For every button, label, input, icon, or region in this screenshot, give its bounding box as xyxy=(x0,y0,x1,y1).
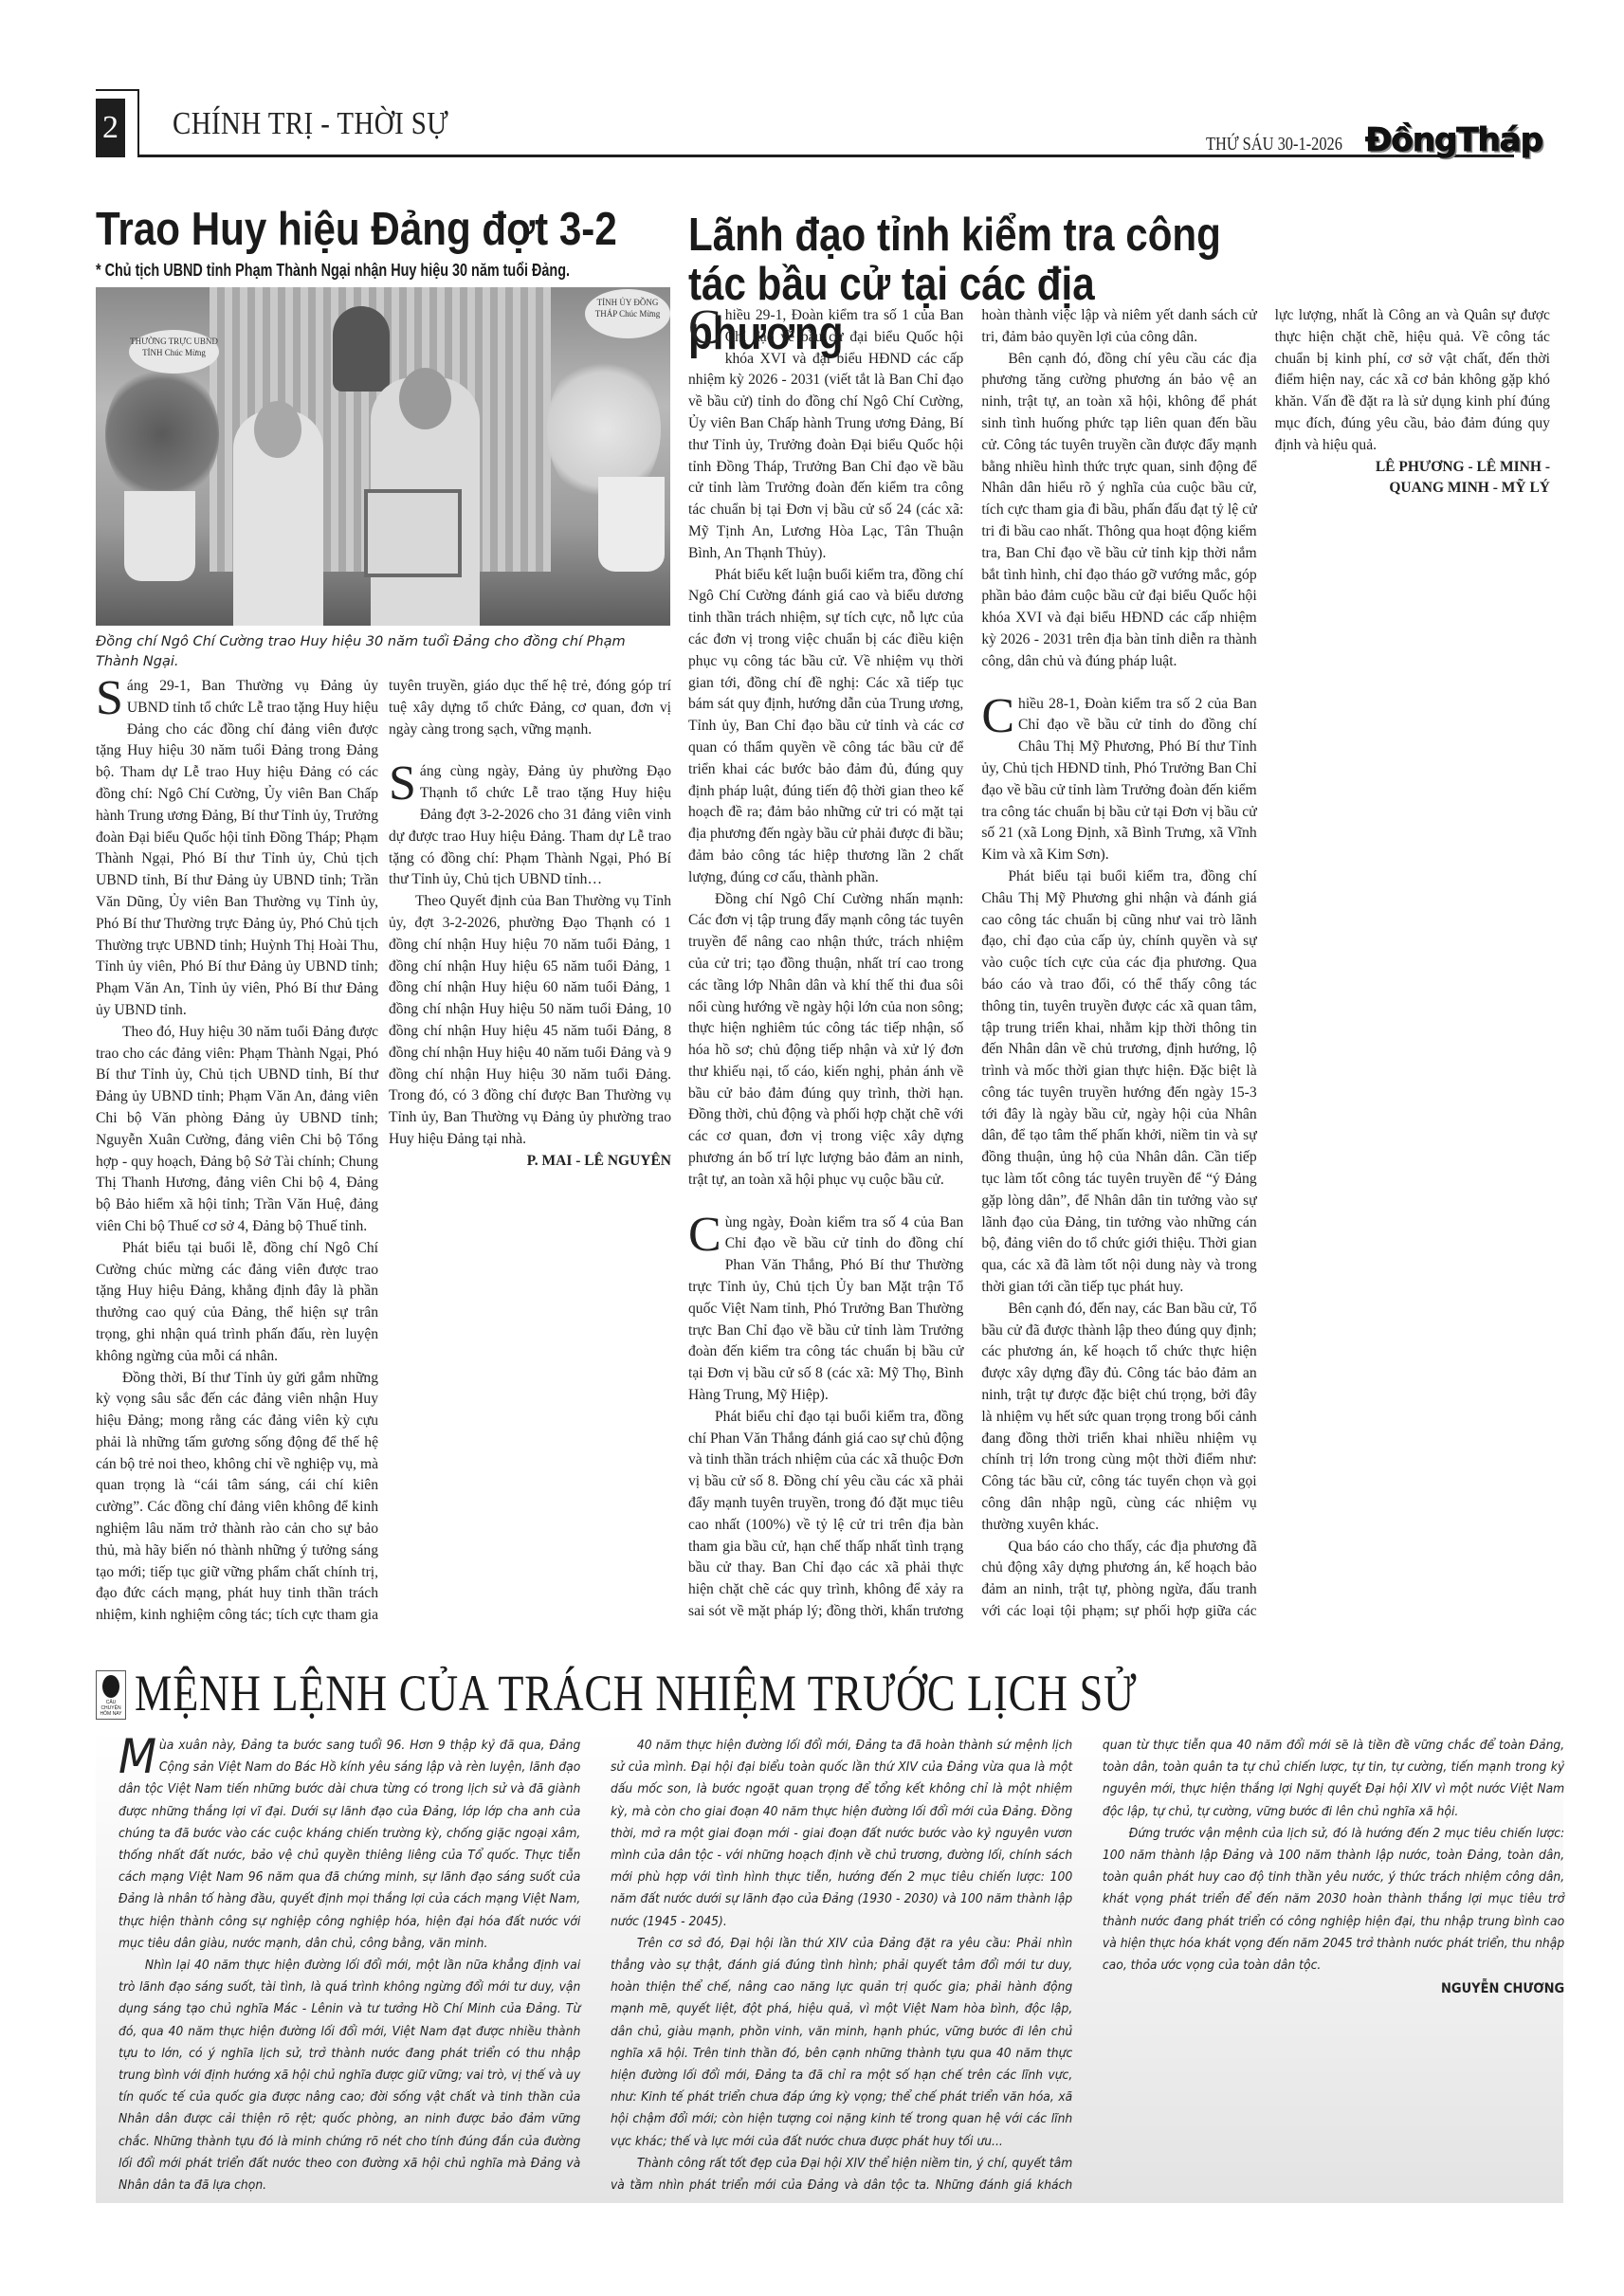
article1-subhead: * Chủ tịch UBND tỉnh Phạm Thành Ngại nhậ… xyxy=(96,261,570,281)
editorial-paragraph: Mùa xuân này, Đảng ta bước sang tuổi 96.… xyxy=(119,1735,580,1955)
editorial-paragraph: 40 năm thực hiện đường lối đổi mới, Đảng… xyxy=(611,1735,1072,1933)
photo-sign-left: THƯỜNG TRỰC UBND TỈNH Chúc Mừng xyxy=(129,330,219,374)
article2-paragraph: Phát biểu tại buổi kiểm tra, đồng chí Ch… xyxy=(981,866,1256,1299)
dropcap: M xyxy=(119,1737,156,1777)
dropcap: S xyxy=(389,763,416,805)
article2-paragraph: Bên cạnh đó, đến nay, các Ban bầu cử, Tổ… xyxy=(981,1299,1256,1537)
article1-byline: P. MAI - LÊ NGUYÊN xyxy=(389,1151,671,1172)
page-number: 2 xyxy=(96,99,125,157)
dropcap: C xyxy=(688,307,721,349)
photo-person-left xyxy=(233,410,323,626)
article1-paragraph: Theo Quyết định của Ban Thường vụ Tỉnh ủ… xyxy=(389,891,671,1151)
editorial-column-logo: CÂU CHUYỆN HÔM NAY xyxy=(96,1670,126,1720)
photo-vase-right xyxy=(598,477,665,572)
photo-person-head xyxy=(399,368,451,429)
dropcap: S xyxy=(96,678,123,720)
photo-bust xyxy=(333,306,390,392)
article1-photo: THƯỜNG TRỰC UBND TỈNH Chúc Mừng TỈNH ỦY … xyxy=(96,287,670,626)
dropcap: C xyxy=(981,696,1014,738)
pen-globe-icon xyxy=(102,1675,119,1698)
article2-paragraph: Phát biểu kết luận buổi kiểm tra, đồng c… xyxy=(688,565,963,889)
article1-paragraph: Sáng 29-1, Ban Thường vụ Đảng ủy UBND tỉ… xyxy=(96,676,378,1022)
article2-byline-line1: LÊ PHƯƠNG - LÊ MINH - xyxy=(1275,457,1550,478)
article2-byline-line2: QUANG MINH - MỸ LÝ xyxy=(1275,478,1550,499)
article1-paragraph: Theo đó, Huy hiệu 30 năm tuổi Đảng được … xyxy=(96,1022,378,1238)
article2-paragraph: Chiều 29-1, Đoàn kiểm tra số 1 của Ban C… xyxy=(688,305,963,565)
photo-certificate xyxy=(364,489,462,577)
page-number-rule-vertical xyxy=(137,89,139,157)
photo-flowers-left xyxy=(105,363,219,505)
article2-paragraph: Đồng chí Ngô Chí Cường nhấn mạnh: Các đơ… xyxy=(688,889,963,1192)
editorial-byline: NGUYỄN CHƯƠNG xyxy=(1103,1978,1564,2000)
article2-paragraph: Bên cạnh đó, đồng chí yêu cầu các địa ph… xyxy=(981,349,1256,673)
article1-body: Sáng 29-1, Ban Thường vụ Đảng ủy UBND tỉ… xyxy=(96,676,671,1633)
masthead-logo: ĐồngTháp xyxy=(1365,121,1542,159)
article2-body: Chiều 29-1, Đoàn kiểm tra số 1 của Ban C… xyxy=(688,305,1550,1640)
page-number-rule xyxy=(96,89,139,91)
photo-person-head xyxy=(254,401,301,458)
editorial-paragraph: Nhìn lại 40 năm thực hiện đường lối đổi … xyxy=(119,1955,580,2196)
editorial-logo-label: CÂU CHUYỆN HÔM NAY xyxy=(97,1700,125,1717)
editorial-body: Mùa xuân này, Đảng ta bước sang tuổi 96.… xyxy=(119,1735,1564,2209)
photo-sign-right: TỈNH ỦY ĐỒNG THÁP Chúc Mừng xyxy=(585,289,670,338)
issue-date: THỨ SÁU 30-1-2026 xyxy=(1206,134,1342,155)
article2-paragraph: Cùng ngày, Đoàn kiểm tra số 4 của Ban Ch… xyxy=(688,1212,963,1407)
photo-vase-left xyxy=(124,491,195,581)
article1-photo-caption: Đồng chí Ngô Chí Cường trao Huy hiệu 30 … xyxy=(96,632,665,672)
editorial-paragraph: Đứng trước vận mệnh của lịch sử, đó là h… xyxy=(1103,1823,1564,1977)
article2-paragraph: Chiều 28-1, Đoàn kiểm tra số 2 của Ban C… xyxy=(981,694,1256,866)
article1-paragraph: Phát biểu tại buổi lễ, đồng chí Ngô Chí … xyxy=(96,1238,378,1368)
article1-paragraph: Sáng cùng ngày, Đảng ủy phường Đạo Thạnh… xyxy=(389,761,671,891)
section-title: CHÍNH TRỊ - THỜI SỰ xyxy=(173,106,448,142)
editorial-paragraph: Trên cơ sở đó, Đại hội lần thứ XIV của Đ… xyxy=(611,1933,1072,2153)
article1-headline: Trao Huy hiệu Đảng đợt 3-2 xyxy=(96,207,617,253)
editorial-title: MỆNH LỆNH CỦA TRÁCH NHIỆM TRƯỚC LỊCH SỬ xyxy=(135,1664,1137,1722)
dropcap: C xyxy=(688,1214,721,1256)
